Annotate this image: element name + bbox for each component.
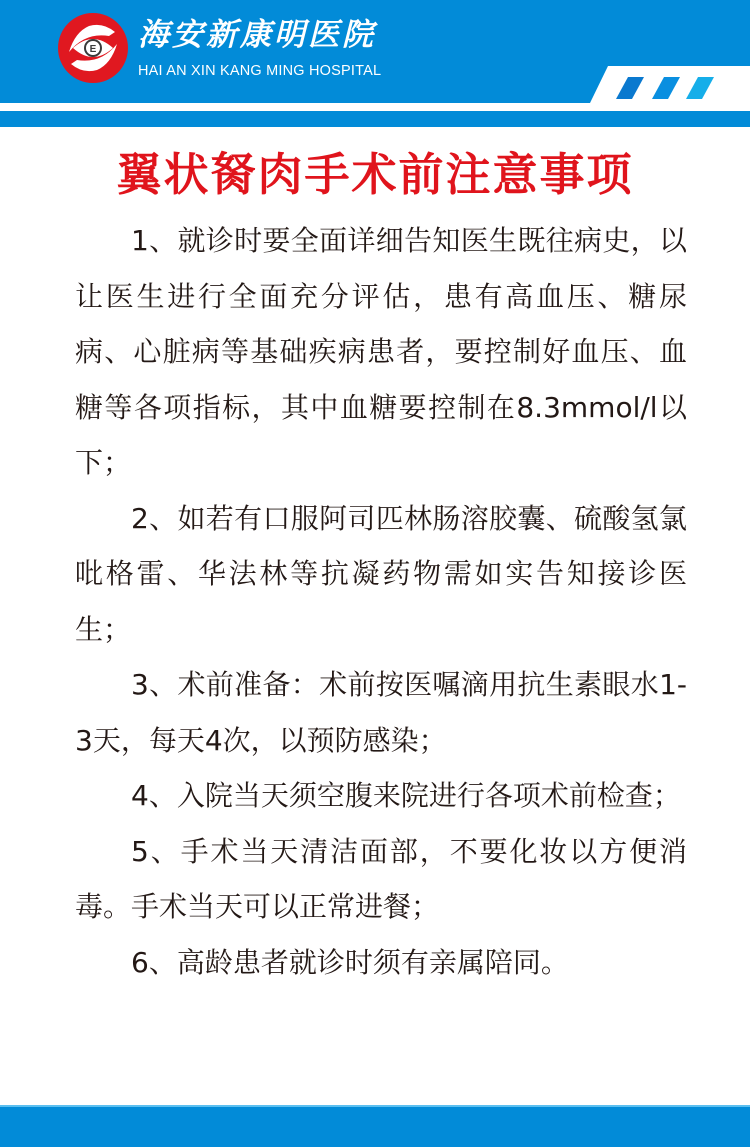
slash-decoration-1 [616, 77, 644, 99]
hospital-name-en: HAI AN XIN KANG MING HOSPITAL [138, 62, 381, 80]
header-band [0, 111, 750, 127]
hospital-logo-eye-icon: E [58, 13, 128, 83]
notice-title: 翼状胬肉手术前注意事项 [0, 145, 750, 205]
notice-content: 1、就诊时要全面详细告知医生既往病史，以让医生进行全面充分评估，患有高血压、糖尿… [75, 213, 687, 990]
notice-item-5: 5、手术当天清洁面部，不要化妆以方便消毒。手术当天可以正常进餐； [75, 824, 687, 935]
footer-bar [0, 1105, 750, 1147]
notice-item-2: 2、如若有口服阿司匹林肠溶胶囊、硫酸氢氯吡格雷、华法林等抗凝药物需如实告知接诊医… [75, 491, 687, 658]
notice-item-6: 6、高龄患者就诊时须有亲属陪同。 [75, 935, 687, 991]
header-divider [0, 103, 750, 111]
notice-item-1: 1、就诊时要全面详细告知医生既往病史，以让医生进行全面充分评估，患有高血压、糖尿… [75, 213, 687, 491]
notice-item-3: 3、术前准备：术前按医嘱滴用抗生素眼水1-3天，每天4次，以预防感染； [75, 657, 687, 768]
notice-item-4: 4、入院当天须空腹来院进行各项术前检查； [75, 768, 687, 824]
slash-decoration-3 [686, 77, 714, 99]
slash-decoration-2 [652, 77, 680, 99]
svg-text:E: E [90, 44, 97, 55]
hospital-name-cn: 海安新康明医院 [138, 15, 376, 55]
